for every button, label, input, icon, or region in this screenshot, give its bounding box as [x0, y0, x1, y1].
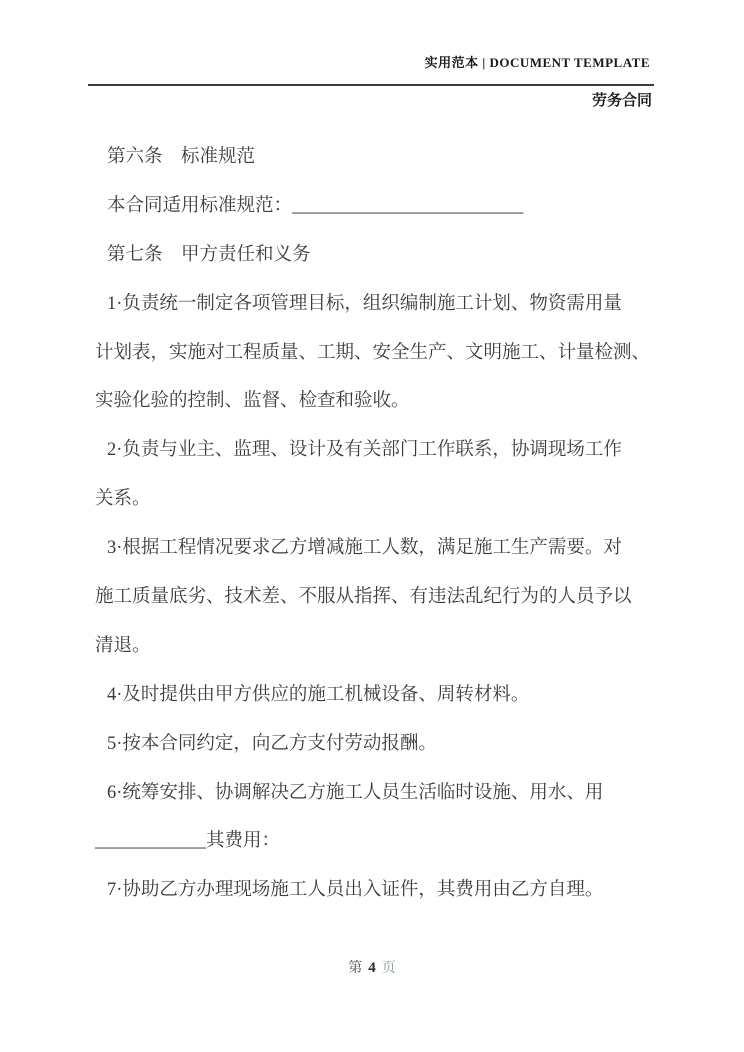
item-3-line-2: 施工质量底劣、技术差、不服从指挥、有违法乱纪行为的人员予以 [95, 573, 660, 622]
contract-document-page: 实用范本 | DOCUMENT TEMPLATE 劳务合同 第六条 标准规范 本… [0, 0, 744, 1052]
item-1-line-1: 1·负责统一制定各项管理目标，组织编制施工计划、物资需用量 [95, 280, 660, 329]
item-4-line: 4·及时提供由甲方供应的施工机械设备、周转材料。 [95, 671, 660, 720]
page-number: 4 [368, 960, 376, 976]
header-brand-label: 实用范本 | DOCUMENT TEMPLATE [95, 52, 650, 71]
item-3-line-1: 3·根据工程情况要求乙方增减施工人数，满足施工生产需要。对 [95, 524, 660, 573]
page-indicator: 第4页 [0, 955, 744, 982]
contract-body: 第六条 标准规范 本合同适用标准规范：_____________________… [95, 133, 660, 915]
page-label-prefix: 第 [348, 961, 362, 976]
clause-7-heading: 第七条 甲方责任和义务 [95, 231, 660, 280]
page-label-suffix: 页 [382, 961, 396, 976]
item-5-line: 5·按本合同约定，向乙方支付劳动报酬。 [95, 720, 660, 769]
item-2-line-1: 2·负责与业主、监理、设计及有关部门工作联系，协调现场工作 [95, 426, 660, 475]
item-3-line-3: 清退。 [95, 622, 660, 671]
item-1-line-3: 实验化验的控制、监督、检查和验收。 [95, 377, 660, 426]
item-1-line-2: 计划表，实施对工程质量、工期、安全生产、文明施工、计量检测、 [95, 329, 660, 378]
header-divider-rule [88, 84, 654, 86]
item-6-blank-line: ____________其费用： [95, 817, 660, 866]
item-7-line: 7·协助乙方办理现场施工人员出入证件，其费用由乙方自理。 [95, 866, 660, 915]
clause-6-heading: 第六条 标准规范 [95, 133, 660, 182]
doc-type-label: 劳务合同 [95, 89, 652, 110]
item-6-line-1: 6·统筹安排、协调解决乙方施工人员生活临时设施、用水、用 [95, 769, 660, 818]
item-2-line-2: 关系。 [95, 475, 660, 524]
standard-spec-blank-line: 本合同适用标准规范：_________________________ [95, 182, 660, 231]
